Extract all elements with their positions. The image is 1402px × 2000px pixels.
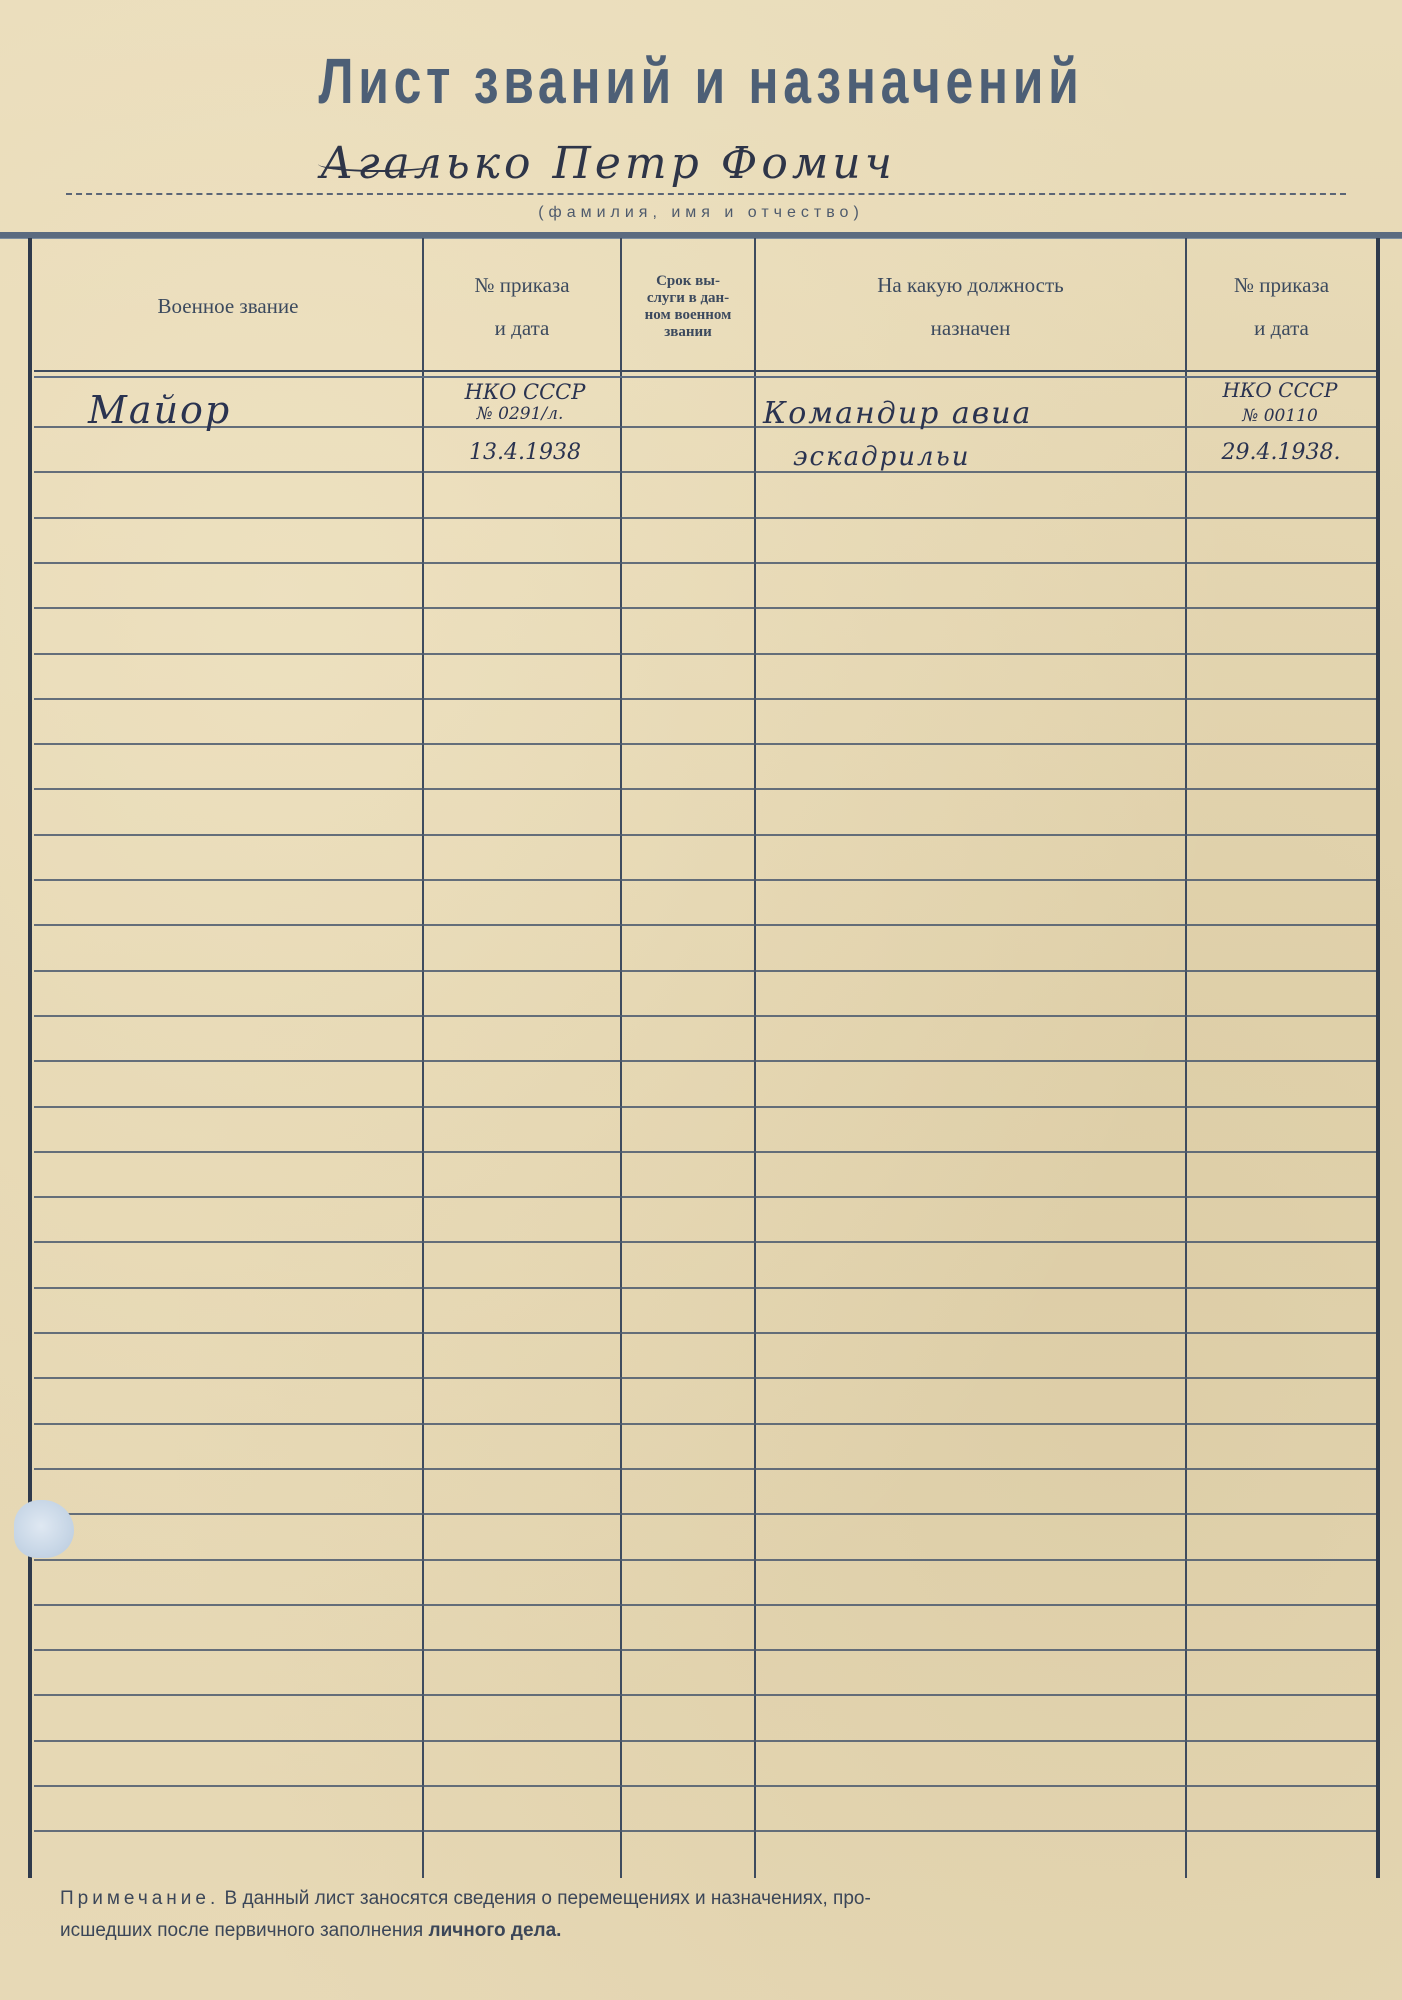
entry-order1-number: № 0291/л.	[430, 404, 610, 424]
table-border-right	[1376, 238, 1380, 1878]
entry-order2-number: № 00110	[1190, 406, 1370, 426]
entry-rank: Майор	[88, 388, 231, 432]
table-row	[34, 1106, 1376, 1108]
entry-position-line1: Командир авиа	[763, 396, 1032, 431]
entry-position-line2: эскадрильи	[793, 442, 970, 472]
header-label: назначен	[931, 317, 1011, 340]
header-order-number-date-2: № приказа и дата	[1187, 248, 1376, 366]
ranks-and-appointments-table: Военное звание № приказа и дата Срок вы-…	[28, 238, 1380, 1878]
table-row	[34, 1559, 1376, 1561]
entry-order2-authority: НКО СССР	[1190, 378, 1370, 402]
table-row	[34, 517, 1376, 519]
header-label: и дата	[1254, 317, 1309, 340]
table-row	[34, 1287, 1376, 1289]
header-tenure-in-rank: Срок вы- слуги в дан- ном военном звании	[622, 248, 754, 366]
header-label: Военное звание	[158, 295, 299, 318]
table-border-left	[28, 238, 32, 1878]
table-row	[34, 1241, 1376, 1243]
table-row	[34, 1694, 1376, 1696]
entry-order1-date: 13.4.1938	[430, 440, 620, 465]
table-row	[34, 1060, 1376, 1062]
table-row	[34, 1423, 1376, 1425]
column-divider	[620, 238, 622, 1878]
header-label: № приказа	[1234, 274, 1329, 297]
table-row	[34, 1151, 1376, 1153]
entry-order1-authority: НКО СССР	[430, 380, 620, 404]
table-row	[34, 879, 1376, 881]
table-row	[34, 1830, 1376, 1832]
table-row	[34, 1015, 1376, 1017]
table-row	[34, 1377, 1376, 1379]
header-label: На какую должность	[877, 274, 1064, 297]
table-row	[34, 607, 1376, 609]
name-underline	[66, 193, 1346, 195]
table-row	[34, 471, 1376, 473]
entry-order2-date: 29.4.1938.	[1188, 440, 1374, 465]
header-label: слуги в дан-	[647, 290, 729, 307]
footnote-text-1: В данный лист заносятся сведения о перем…	[225, 1888, 871, 1909]
column-divider	[1185, 238, 1187, 1878]
table-row	[34, 970, 1376, 972]
document-title: Лист званий и назначений	[154, 44, 1248, 118]
table-row	[34, 1332, 1376, 1334]
header-double-rule	[34, 370, 1376, 378]
header-order-number-date: № приказа и дата	[424, 248, 620, 366]
table-row	[34, 698, 1376, 700]
person-name-handwritten: Агалько Петр Фомич	[320, 138, 1080, 189]
table-row	[34, 1649, 1376, 1651]
header-position-appointed: На какую должность назначен	[756, 248, 1185, 366]
footnote: Примечание. В данный лист заносятся свед…	[60, 1883, 1350, 1947]
footnote-text-2: исшедших после первичного заполнения	[60, 1920, 423, 1941]
header-label: ном военном	[645, 307, 732, 324]
table-row	[34, 562, 1376, 564]
header-label: звании	[664, 324, 712, 341]
table-row	[34, 1468, 1376, 1470]
column-divider	[422, 238, 424, 1878]
table-row	[34, 1604, 1376, 1606]
header-label: Срок вы-	[656, 273, 720, 290]
table-row	[34, 1513, 1376, 1515]
column-divider	[754, 238, 756, 1878]
paper-hole-damage	[14, 1500, 74, 1558]
table-row	[34, 834, 1376, 836]
table-row	[34, 743, 1376, 745]
table-row	[34, 1785, 1376, 1787]
table-row	[34, 426, 1376, 428]
footnote-label: Примечание.	[60, 1888, 219, 1909]
name-caption: (фамилия, имя и отчество)	[0, 204, 1402, 222]
table-row	[34, 1740, 1376, 1742]
table-row	[34, 788, 1376, 790]
table-row	[34, 924, 1376, 926]
header-label: № приказа	[474, 274, 569, 297]
table-row	[34, 1196, 1376, 1198]
header-label: и дата	[495, 317, 550, 340]
header-military-rank: Военное звание	[34, 248, 422, 366]
footnote-text-bold: личного дела.	[429, 1920, 562, 1941]
table-row	[34, 653, 1376, 655]
